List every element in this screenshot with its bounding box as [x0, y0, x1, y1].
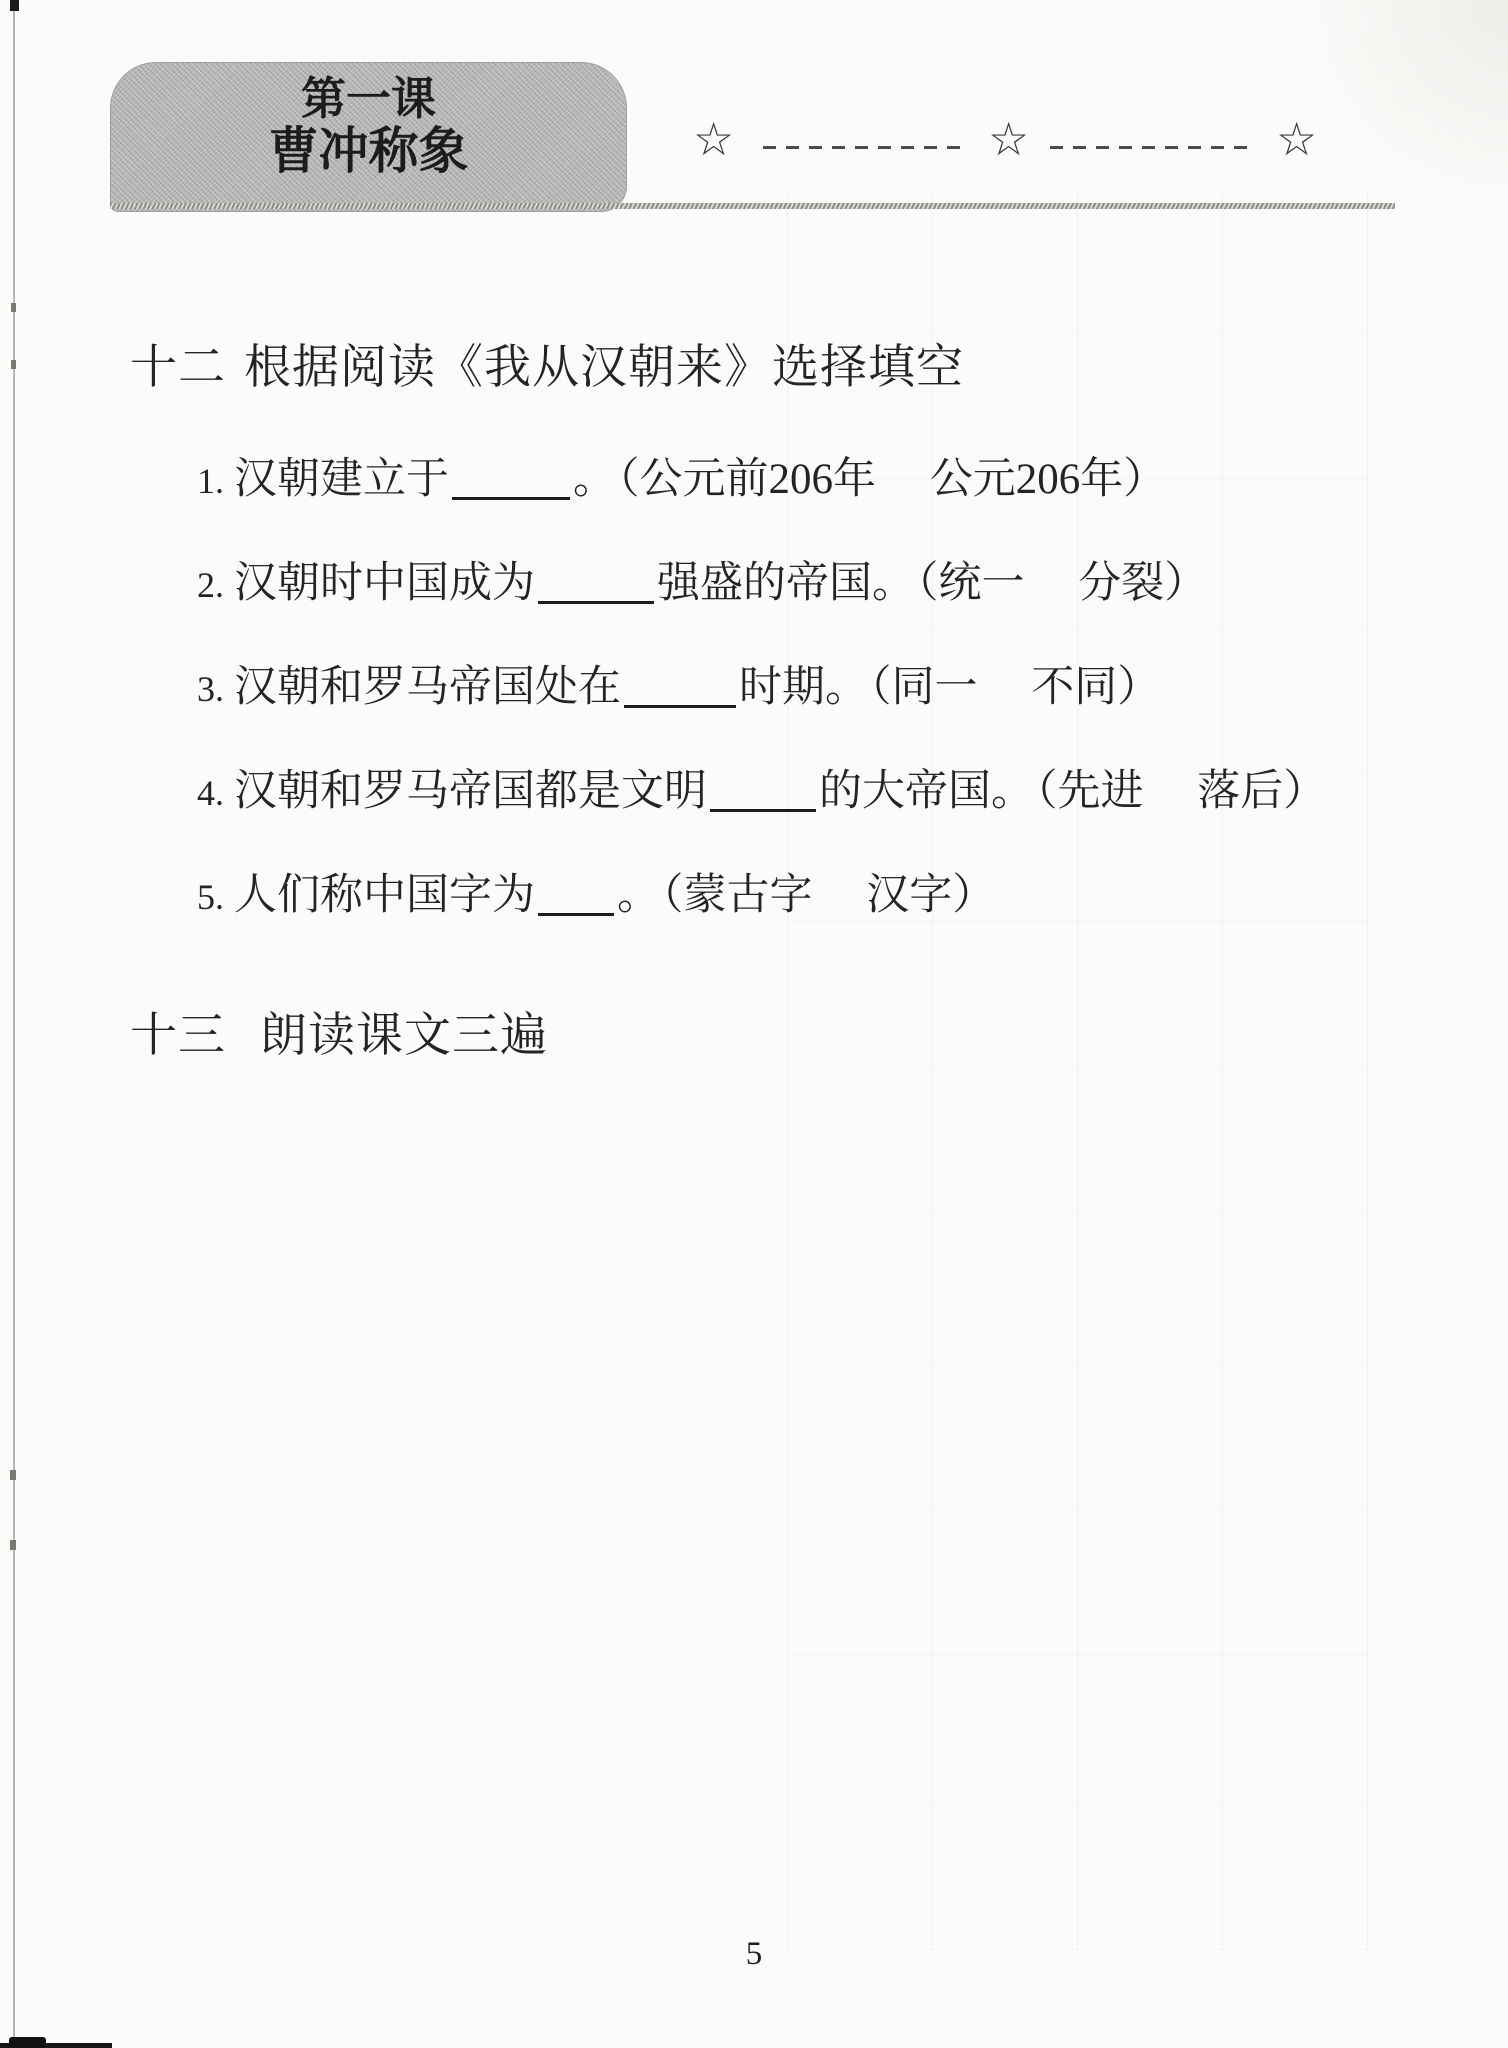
section-title: 朗读课文三遍: [260, 1010, 548, 1062]
scanned-workbook-page: { "header": { "lesson_number": "第一课", "l…: [0, 0, 1508, 2048]
question-text-after-blank: 强盛的帝国。: [657, 560, 915, 607]
question-number: 1.: [197, 461, 224, 501]
question-row: 4.汉朝和罗马帝国都是文明的大帝国。（先进 落后）: [197, 767, 1326, 816]
exercise-content: 十二根据阅读《我从汉朝来》选择填空1.汉朝建立于。（公元前206年 公元206年…: [0, 0, 1508, 2048]
answer-blank: [538, 601, 654, 604]
question-text-before-blank: 汉朝和罗马帝国处在: [234, 664, 621, 711]
question-row: 1.汉朝建立于。（公元前206年 公元206年）: [197, 455, 1166, 504]
question-number: 2.: [197, 565, 224, 605]
question-options: （先进 落后）: [1036, 768, 1326, 815]
section-number: 十二: [130, 330, 226, 397]
section-heading: 十二根据阅读《我从汉朝来》选择填空: [130, 330, 964, 397]
answer-blank: [624, 705, 736, 708]
section-number: 十三: [130, 998, 226, 1065]
question-text-before-blank: 汉朝时中国成为: [234, 560, 535, 607]
question-row: 2.汉朝时中国成为强盛的帝国。（统一 分裂）: [197, 559, 1207, 608]
question-text-before-blank: 汉朝和罗马帝国都是文明: [234, 768, 707, 815]
question-options: （同一 不同）: [870, 664, 1160, 711]
question-row: 5.人们称中国字为。（蒙古字 汉字）: [197, 871, 995, 920]
question-text-after-blank: 。: [573, 456, 616, 503]
question-text-after-blank: 时期。: [739, 664, 868, 711]
section-title: 根据阅读《我从汉朝来》选择填空: [244, 342, 964, 394]
question-number: 5.: [197, 877, 224, 917]
question-options: （统一 分裂）: [917, 560, 1207, 607]
question-text-before-blank: 汉朝建立于: [234, 456, 449, 503]
question-row: 3.汉朝和罗马帝国处在时期。（同一 不同）: [197, 663, 1160, 712]
question-options: （公元前206年 公元206年）: [618, 456, 1166, 503]
question-text-before-blank: 人们称中国字为: [234, 872, 535, 919]
answer-blank: [452, 497, 570, 500]
page-number: 5: [0, 1936, 1508, 1973]
question-options: （蒙古字 汉字）: [662, 872, 995, 919]
answer-blank: [538, 913, 614, 916]
question-text-after-blank: 的大帝国。: [819, 768, 1034, 815]
question-number: 4.: [197, 773, 224, 813]
question-number: 3.: [197, 669, 224, 709]
section-heading: 十三朗读课文三遍: [130, 998, 548, 1065]
answer-blank: [710, 809, 816, 812]
question-text-after-blank: 。: [617, 872, 660, 919]
